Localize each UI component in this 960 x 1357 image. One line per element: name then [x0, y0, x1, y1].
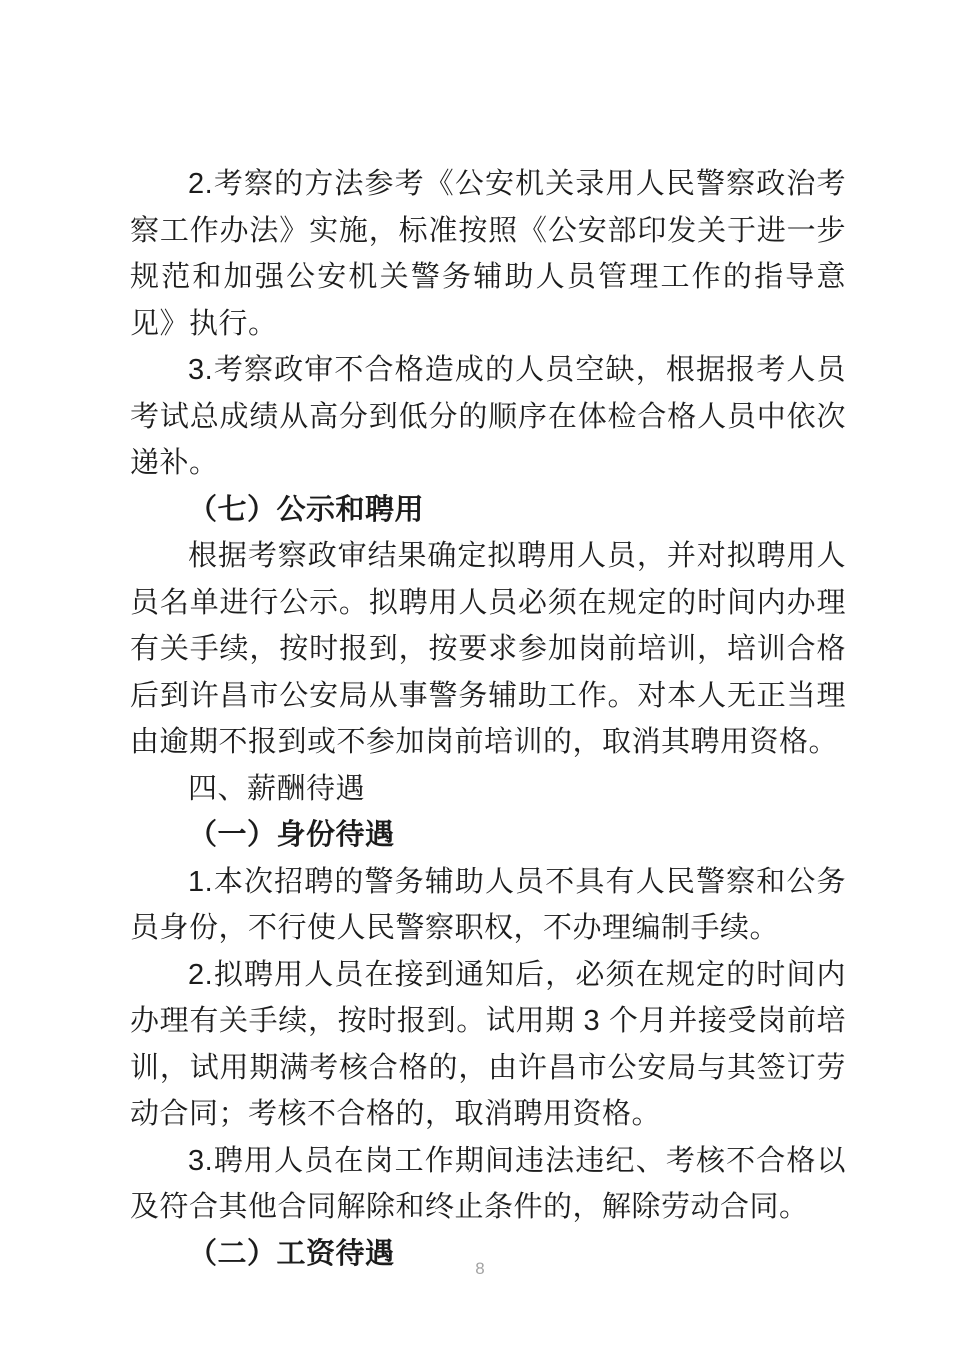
section-heading-identity-treatment: （一）身份待遇	[130, 812, 846, 859]
paragraph-probation-period: 2.拟聘用人员在接到通知后，必须在规定的时间内办理有关手续，按时报到。试用期 3…	[130, 952, 846, 1138]
document-body: 2.考察的方法参考《公安机关录用人民警察政治考察工作办法》实施，标准按照《公安部…	[130, 161, 846, 1277]
paragraph-inspection-method: 2.考察的方法参考《公安机关录用人民警察政治考察工作办法》实施，标准按照《公安部…	[130, 161, 846, 347]
paragraph-vacancy-replacement: 3.考察政审不合格造成的人员空缺，根据报考人员考试总成绩从高分到低分的顺序在体检…	[130, 347, 846, 487]
paragraph-hiring-procedure: 根据考察政审结果确定拟聘用人员，并对拟聘用人员名单进行公示。拟聘用人员必须在规定…	[130, 533, 846, 766]
document-page: 2.考察的方法参考《公安机关录用人民警察政治考察工作办法》实施，标准按照《公安部…	[0, 0, 960, 1357]
section-heading-public-announcement: （七）公示和聘用	[130, 487, 846, 534]
page-number: 8	[0, 1258, 960, 1280]
chapter-heading-salary-treatment: 四、薪酬待遇	[130, 766, 846, 813]
paragraph-contract-termination: 3.聘用人员在岗工作期间违法违纪、考核不合格以及符合其他合同解除和终止条件的，解…	[130, 1138, 846, 1231]
paragraph-identity-status: 1.本次招聘的警务辅助人员不具有人民警察和公务员身份，不行使人民警察职权，不办理…	[130, 859, 846, 952]
